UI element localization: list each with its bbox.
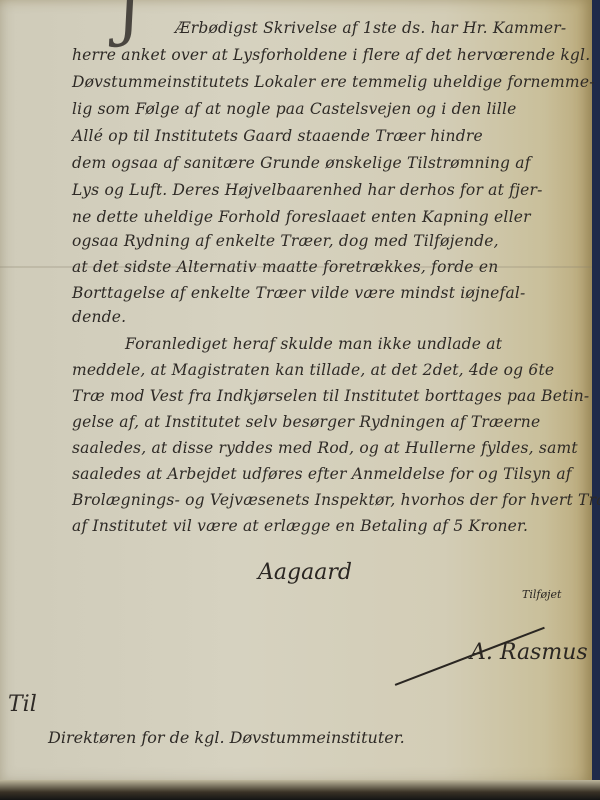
text-line: Træ mod Vest fra Indkjørselen til Instit… bbox=[72, 387, 589, 405]
text-line: dem ogsaa af sanitære Grunde ønskelige T… bbox=[72, 154, 531, 172]
letter-paper: J Ærbødigst Skrivelse af 1ste ds. har Hr… bbox=[0, 0, 592, 790]
text-line: lig som Følge af at nogle paa Castelsvej… bbox=[72, 100, 516, 118]
text-line: ogsaa Rydning af enkelte Træer, dog med … bbox=[72, 232, 499, 250]
text-line: saaledes at Arbejdet udføres efter Anmel… bbox=[72, 465, 572, 483]
text-line: Borttagelse af enkelte Træer vilde være … bbox=[72, 284, 526, 302]
text-line: herre anket over at Lysforholdene i fler… bbox=[72, 46, 590, 64]
paper-bottom-edge bbox=[0, 780, 600, 800]
text-line: at det sidste Alternativ maatte foretræk… bbox=[72, 258, 498, 276]
text-line: Ærbødigst Skrivelse af 1ste ds. har Hr. … bbox=[175, 19, 566, 37]
text-line: gelse af, at Institutet selv besørger Ry… bbox=[72, 413, 540, 431]
text-line: Allé op til Institutets Gaard staaende T… bbox=[72, 127, 483, 145]
address-recipient: Direktøren for de kgl. Døvstummeinstitut… bbox=[48, 728, 405, 747]
text-line: saaledes, at disse ryddes med Rod, og at… bbox=[72, 439, 578, 457]
text-line: Brolægnings- og Vejvæsenets Inspektør, h… bbox=[72, 491, 600, 509]
text-line: ne dette uheldige Forhold foreslaaet ent… bbox=[72, 208, 531, 226]
address-to: Til bbox=[8, 692, 37, 717]
signature-right: A. Rasmus bbox=[470, 640, 588, 665]
text-line: Lys og Luft. Deres Højvelbaarenhed har d… bbox=[72, 181, 543, 199]
signature-left: Aagaard bbox=[258, 560, 352, 585]
text-line: Foranlediget heraf skulde man ikke undla… bbox=[125, 335, 502, 353]
decorative-initial: J bbox=[110, 0, 146, 49]
text-line: af Institutet vil være at erlægge en Bet… bbox=[72, 517, 528, 535]
text-line: Døvstummeinstitutets Lokaler ere temmeli… bbox=[72, 73, 595, 91]
text-line: meddele, at Magistraten kan tillade, at … bbox=[72, 361, 554, 379]
text-line: dende. bbox=[72, 308, 126, 326]
signature-note: Tilføjet bbox=[522, 588, 561, 601]
